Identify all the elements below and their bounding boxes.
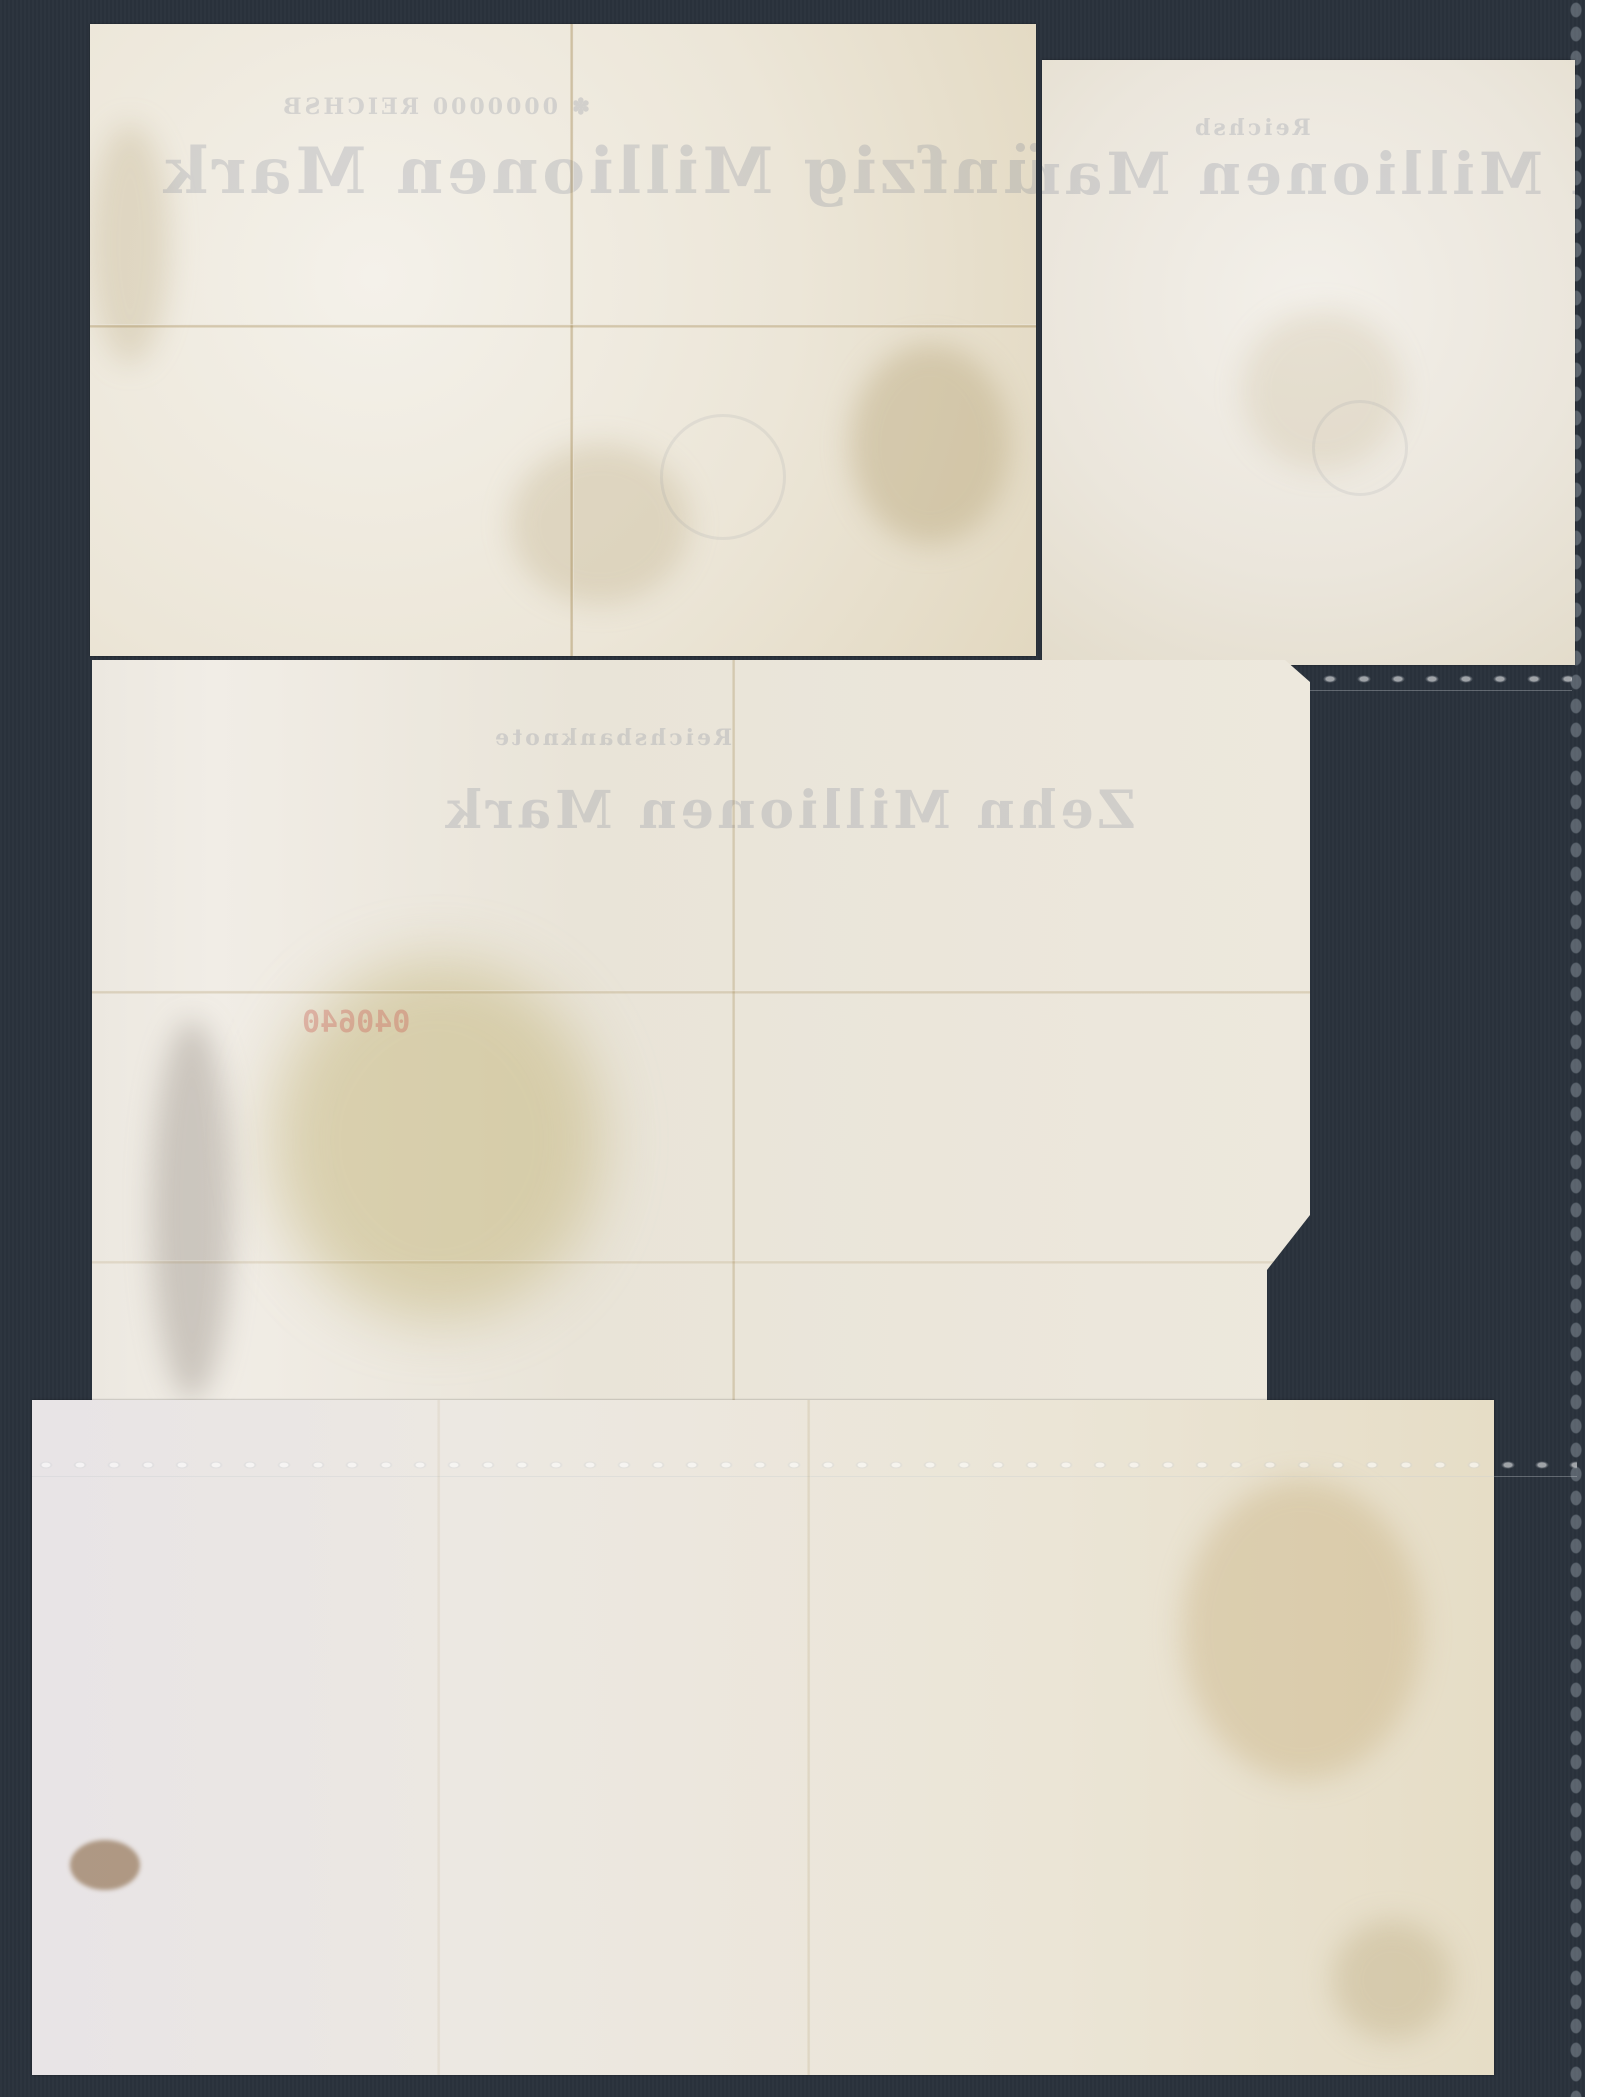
banknote-bottom <box>32 1400 1494 2075</box>
showthrough-seal <box>660 414 786 540</box>
banknote-middle: Reichsbanknote Zehn Millionen Mark 04064… <box>92 660 1310 1442</box>
showthrough-seal <box>1312 400 1408 496</box>
showthrough-denomination-text: Fünfzig Millionen Mark <box>160 134 1036 209</box>
showthrough-denomination-text: Zehn Millionen Mark <box>1042 140 1575 208</box>
fold-line-vertical <box>807 1400 811 2075</box>
fold-line-vertical-2 <box>437 1400 441 2075</box>
fold-line-horizontal <box>92 990 1310 994</box>
sleeve-seam-over-note <box>32 1454 1494 1477</box>
brown-stain-spot <box>70 1840 140 1890</box>
fold-line-vertical <box>570 24 574 656</box>
serial-number-red: 040640 <box>302 1005 410 1040</box>
showthrough-denomination-text: Zehn Millionen Mark <box>442 780 1136 841</box>
fold-line-vertical <box>732 660 736 1442</box>
banknote-top-left: ✽ 0000000 REICHSB Fünfzig Millionen Mark <box>90 24 1036 656</box>
fold-line-horizontal <box>90 324 1036 328</box>
showthrough-header-text: Reichsb <box>1192 115 1311 141</box>
banknote-top-right: Reichsb Zehn Millionen Mark <box>1042 60 1575 665</box>
showthrough-header-text: Reichsbanknote <box>492 725 732 751</box>
crease-line <box>92 1260 1310 1264</box>
showthrough-header-text: ✽ 0000000 REICHSB <box>280 94 590 120</box>
